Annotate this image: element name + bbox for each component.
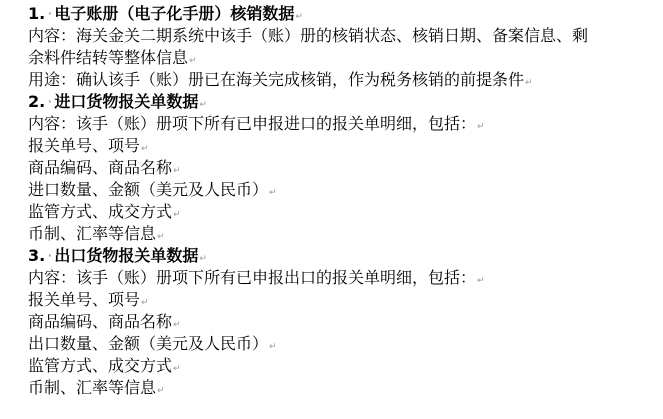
paragraph-mark-icon: ↵ (173, 166, 181, 176)
paragraph-mark-icon: ↵ (199, 254, 207, 264)
list-item-text: 币制、汇率等信息 (28, 378, 156, 397)
list-item: 报关单号、项号↵ (28, 135, 658, 157)
section-number: 3. (28, 246, 45, 265)
content-text: 内容：海关金关二期系统中该手（账）册的核销状态、核销日期、备案信息、剩 (28, 26, 588, 45)
paragraph-mark-icon: ↵ (157, 232, 165, 242)
list-item-text: 报关单号、项号 (28, 290, 140, 309)
content-text: 内容：该手（账）册项下所有已申报出口的报关单明细，包括： (28, 268, 476, 287)
list-item: 币制、汇率等信息↵ (28, 223, 658, 245)
section-number: 1. (28, 4, 45, 23)
list-item-text: 进口数量、金额（美元及人民币） (28, 180, 268, 199)
list-item-text: 监管方式、成交方式 (28, 202, 172, 221)
list-item: 监管方式、成交方式↵ (28, 201, 658, 223)
list-item-text: 币制、汇率等信息 (28, 224, 156, 243)
paragraph-mark-icon: ↵ (189, 56, 197, 66)
document-body: 1.·电子账册（电子化手册）核销数据↵ 内容：海关金关二期系统中该手（账）册的核… (28, 3, 658, 399)
paragraph-mark-icon: ↵ (295, 12, 303, 22)
section-3-heading: 3.·出口货物报关单数据↵ (28, 245, 658, 267)
section-number: 2. (28, 92, 45, 111)
section-1-usage: 用途：确认该手（账）册已在海关完成核销，作为税务核销的前提条件↵ (28, 69, 658, 91)
paragraph-mark-icon: ↵ (269, 188, 277, 198)
section-1-content-line2: 余料件结转等整体信息↵ (28, 47, 658, 69)
list-item: 报关单号、项号↵ (28, 289, 658, 311)
section-title: 进口货物报关单数据 (54, 92, 198, 111)
paragraph-mark-icon: ↵ (269, 342, 277, 352)
section-2-heading: 2.·进口货物报关单数据↵ (28, 91, 658, 113)
list-item-text: 报关单号、项号 (28, 136, 140, 155)
section-2-content: 内容：该手（账）册项下所有已申报进口的报关单明细，包括：↵ (28, 113, 658, 135)
paragraph-mark-icon: ↵ (477, 122, 485, 132)
tab-mark: · (47, 246, 52, 265)
list-item: 商品编码、商品名称↵ (28, 311, 658, 333)
content-text: 内容：该手（账）册项下所有已申报进口的报关单明细，包括： (28, 114, 476, 133)
list-item: 币制、汇率等信息↵ (28, 377, 658, 399)
list-item: 出口数量、金额（美元及人民币）↵ (28, 333, 658, 355)
paragraph-mark-icon: ↵ (141, 144, 149, 154)
section-title: 电子账册（电子化手册）核销数据 (54, 4, 294, 23)
list-item: 商品编码、商品名称↵ (28, 157, 658, 179)
content-text: 余料件结转等整体信息 (28, 48, 188, 67)
section-3-content: 内容：该手（账）册项下所有已申报出口的报关单明细，包括：↵ (28, 267, 658, 289)
list-item: 监管方式、成交方式↵ (28, 355, 658, 377)
paragraph-mark-icon: ↵ (477, 276, 485, 286)
paragraph-mark-icon: ↵ (525, 78, 533, 88)
paragraph-mark-icon: ↵ (199, 100, 207, 110)
list-item-text: 商品编码、商品名称 (28, 158, 172, 177)
paragraph-mark-icon: ↵ (157, 386, 165, 396)
tab-mark: · (47, 92, 52, 111)
usage-text: 用途：确认该手（账）册已在海关完成核销，作为税务核销的前提条件 (28, 70, 524, 89)
list-item-text: 监管方式、成交方式 (28, 356, 172, 375)
paragraph-mark-icon: ↵ (173, 320, 181, 330)
list-item: 进口数量、金额（美元及人民币）↵ (28, 179, 658, 201)
paragraph-mark-icon: ↵ (173, 364, 181, 374)
section-title: 出口货物报关单数据 (54, 246, 198, 265)
section-1-content-line1: 内容：海关金关二期系统中该手（账）册的核销状态、核销日期、备案信息、剩 (28, 25, 658, 47)
list-item-text: 商品编码、商品名称 (28, 312, 172, 331)
section-1-heading: 1.·电子账册（电子化手册）核销数据↵ (28, 3, 658, 25)
tab-mark: · (47, 4, 52, 23)
paragraph-mark-icon: ↵ (173, 210, 181, 220)
list-item-text: 出口数量、金额（美元及人民币） (28, 334, 268, 353)
paragraph-mark-icon: ↵ (141, 298, 149, 308)
